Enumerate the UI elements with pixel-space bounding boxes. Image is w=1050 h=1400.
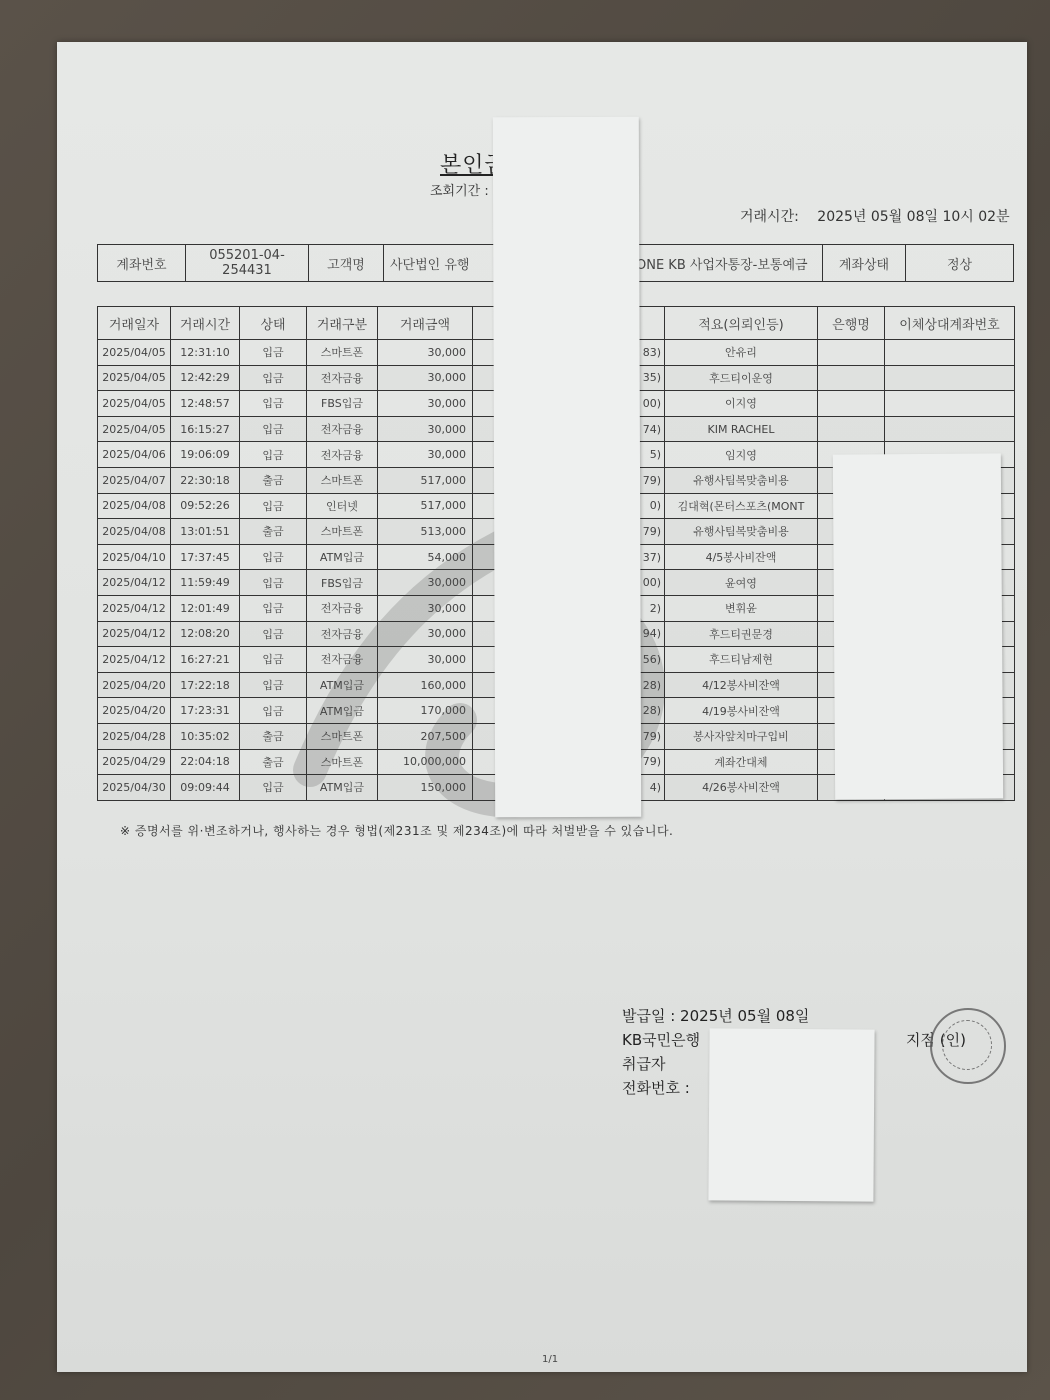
cell-amount: 150,000 xyxy=(378,775,473,801)
cell-counter-account xyxy=(885,391,1015,417)
cell-date: 2025/04/06 xyxy=(98,442,171,468)
cell-status: 입금 xyxy=(240,672,307,698)
cell-amount: 513,000 xyxy=(378,519,473,545)
cell-type: 전자금융 xyxy=(307,442,378,468)
cell-memo: 후드티남제현 xyxy=(665,647,818,673)
cell-memo: 봉사자앞치마구입비 xyxy=(665,723,818,749)
cell-status: 입금 xyxy=(240,698,307,724)
cell-date: 2025/04/05 xyxy=(98,365,171,391)
cell-date: 2025/04/29 xyxy=(98,749,171,775)
cell-type: FBS입금 xyxy=(307,391,378,417)
cell-status: 입금 xyxy=(240,621,307,647)
cell-memo: KIM RACHEL xyxy=(665,416,818,442)
cell-memo: 변휘윤 xyxy=(665,595,818,621)
cell-type: 인터넷 xyxy=(307,493,378,519)
cell-time: 17:22:18 xyxy=(171,672,240,698)
cell-amount: 30,000 xyxy=(378,442,473,468)
cell-type: ATM입금 xyxy=(307,775,378,801)
cell-date: 2025/04/12 xyxy=(98,621,171,647)
cell-time: 10:35:02 xyxy=(171,723,240,749)
cell-time: 09:52:26 xyxy=(171,493,240,519)
account-status: 정상 xyxy=(906,245,1014,282)
cell-type: 스마트폰 xyxy=(307,723,378,749)
cell-memo: 유행사팀복맞춤비용 xyxy=(665,519,818,545)
cell-amount: 30,000 xyxy=(378,365,473,391)
cell-memo: 이지영 xyxy=(665,391,818,417)
cell-memo: 4/19봉사비잔액 xyxy=(665,698,818,724)
account-number-label: 계좌번호 xyxy=(98,245,186,282)
cell-date: 2025/04/28 xyxy=(98,723,171,749)
cell-memo: 4/26봉사비잔액 xyxy=(665,775,818,801)
cell-type: 스마트폰 xyxy=(307,519,378,545)
cell-status: 입금 xyxy=(240,416,307,442)
cell-memo: 4/5봉사비잔액 xyxy=(665,544,818,570)
cell-amount: 30,000 xyxy=(378,340,473,366)
cell-time: 12:08:20 xyxy=(171,621,240,647)
cell-status: 출금 xyxy=(240,467,307,493)
cell-memo: 후드티권문경 xyxy=(665,621,818,647)
cell-time: 19:06:09 xyxy=(171,442,240,468)
cell-memo: 윤여영 xyxy=(665,570,818,596)
cell-counter-account xyxy=(885,365,1015,391)
cell-amount: 160,000 xyxy=(378,672,473,698)
cell-time: 22:04:18 xyxy=(171,749,240,775)
cell-date: 2025/04/30 xyxy=(98,775,171,801)
cell-date: 2025/04/05 xyxy=(98,416,171,442)
cell-counter-account xyxy=(885,340,1015,366)
col-time: 거래시간 xyxy=(171,307,240,340)
cell-memo: 4/12봉사비잔액 xyxy=(665,672,818,698)
cell-date: 2025/04/12 xyxy=(98,647,171,673)
cell-date: 2025/04/10 xyxy=(98,544,171,570)
account-product: ONE KB 사업자통장-보통예금 xyxy=(630,245,823,282)
cell-memo: 후드티이운영 xyxy=(665,365,818,391)
cell-status: 입금 xyxy=(240,493,307,519)
query-period: 조회기간 : 2 xyxy=(430,180,501,199)
bank-seal-stamp-icon xyxy=(930,1008,1006,1084)
cell-date: 2025/04/08 xyxy=(98,519,171,545)
cell-memo: 임지영 xyxy=(665,442,818,468)
cell-date: 2025/04/20 xyxy=(98,672,171,698)
col-amount: 거래금액 xyxy=(378,307,473,340)
cell-status: 출금 xyxy=(240,723,307,749)
cell-memo: 계좌간대체 xyxy=(665,749,818,775)
cell-amount: 207,500 xyxy=(378,723,473,749)
issue-date: 발급일 : 2025년 05월 08일 xyxy=(622,1004,809,1028)
cell-status: 입금 xyxy=(240,544,307,570)
col-status: 상태 xyxy=(240,307,307,340)
col-type: 거래구분 xyxy=(307,307,378,340)
cell-time: 12:31:10 xyxy=(171,340,240,366)
cell-type: 스마트폰 xyxy=(307,749,378,775)
cell-status: 입금 xyxy=(240,391,307,417)
cell-type: 스마트폰 xyxy=(307,340,378,366)
cell-status: 입금 xyxy=(240,570,307,596)
transaction-time-value: 2025년 05월 08일 10시 02분 xyxy=(817,209,1009,225)
redaction-paper-issuer xyxy=(708,1028,874,1201)
cell-amount: 170,000 xyxy=(378,698,473,724)
cell-amount: 30,000 xyxy=(378,416,473,442)
col-bank: 은행명 xyxy=(818,307,885,340)
cell-amount: 30,000 xyxy=(378,621,473,647)
cell-memo: 김대혁(몬터스포츠(MONT xyxy=(665,493,818,519)
cell-status: 입금 xyxy=(240,442,307,468)
account-number: 055201-04-254431 xyxy=(186,245,309,282)
cell-type: 전자금융 xyxy=(307,416,378,442)
cell-bank xyxy=(818,340,885,366)
customer-label: 고객명 xyxy=(309,245,384,282)
forgery-warning: ※ 증명서를 위·변조하거나, 행사하는 경우 형법(제231조 및 제234조… xyxy=(120,822,673,839)
cell-amount: 30,000 xyxy=(378,595,473,621)
cell-status: 입금 xyxy=(240,595,307,621)
cell-date: 2025/04/05 xyxy=(98,391,171,417)
redaction-paper-strip xyxy=(493,117,641,818)
page-number: 1/1 xyxy=(542,1354,558,1365)
cell-time: 22:30:18 xyxy=(171,467,240,493)
cell-type: ATM입금 xyxy=(307,672,378,698)
cell-time: 11:59:49 xyxy=(171,570,240,596)
cell-date: 2025/04/07 xyxy=(98,467,171,493)
cell-amount: 10,000,000 xyxy=(378,749,473,775)
cell-time: 16:27:21 xyxy=(171,647,240,673)
cell-status: 출금 xyxy=(240,519,307,545)
cell-bank xyxy=(818,391,885,417)
cell-type: 전자금융 xyxy=(307,595,378,621)
cell-bank xyxy=(818,365,885,391)
cell-time: 09:09:44 xyxy=(171,775,240,801)
redaction-paper-right xyxy=(833,453,1003,799)
transaction-time: 거래시간: 2025년 05월 08일 10시 02분 xyxy=(740,206,1010,226)
cell-time: 17:37:45 xyxy=(171,544,240,570)
cell-status: 입금 xyxy=(240,647,307,673)
cell-amount: 517,000 xyxy=(378,493,473,519)
cell-counter-account xyxy=(885,416,1015,442)
cell-type: FBS입금 xyxy=(307,570,378,596)
cell-time: 12:48:57 xyxy=(171,391,240,417)
col-counter-account: 이체상대계좌번호 xyxy=(885,307,1015,340)
cell-date: 2025/04/08 xyxy=(98,493,171,519)
cell-amount: 30,000 xyxy=(378,647,473,673)
cell-date: 2025/04/12 xyxy=(98,570,171,596)
cell-type: 스마트폰 xyxy=(307,467,378,493)
cell-amount: 54,000 xyxy=(378,544,473,570)
cell-status: 입금 xyxy=(240,775,307,801)
cell-status: 출금 xyxy=(240,749,307,775)
cell-bank xyxy=(818,416,885,442)
cell-time: 12:42:29 xyxy=(171,365,240,391)
cell-amount: 30,000 xyxy=(378,391,473,417)
cell-type: ATM입금 xyxy=(307,698,378,724)
cell-date: 2025/04/20 xyxy=(98,698,171,724)
cell-type: 전자금융 xyxy=(307,365,378,391)
cell-memo: 유행사팀복맞춤비용 xyxy=(665,467,818,493)
col-date: 거래일자 xyxy=(98,307,171,340)
cell-status: 입금 xyxy=(240,340,307,366)
cell-time: 13:01:51 xyxy=(171,519,240,545)
cell-date: 2025/04/05 xyxy=(98,340,171,366)
cell-memo: 안유리 xyxy=(665,340,818,366)
cell-time: 17:23:31 xyxy=(171,698,240,724)
account-status-label: 계좌상태 xyxy=(823,245,906,282)
transaction-time-label: 거래시간: xyxy=(740,209,799,225)
cell-amount: 517,000 xyxy=(378,467,473,493)
cell-date: 2025/04/12 xyxy=(98,595,171,621)
cell-time: 12:01:49 xyxy=(171,595,240,621)
cell-amount: 30,000 xyxy=(378,570,473,596)
cell-status: 입금 xyxy=(240,365,307,391)
col-memo: 적요(의뢰인등) xyxy=(665,307,818,340)
cell-type: ATM입금 xyxy=(307,544,378,570)
cell-time: 16:15:27 xyxy=(171,416,240,442)
cell-type: 전자금융 xyxy=(307,647,378,673)
cell-type: 전자금융 xyxy=(307,621,378,647)
